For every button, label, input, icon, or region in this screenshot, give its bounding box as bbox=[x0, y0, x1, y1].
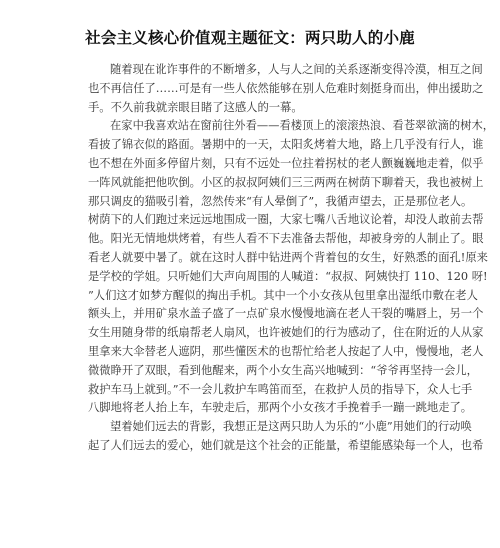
paragraph-line: 八脚地将老人抬上车，车驶走后，那两个小女孩才手挽着手一蹦一跳地走了。 bbox=[88, 399, 438, 418]
paragraph-line: 望着她们远去的背影，我想正是这两只助人为乐的“小鹿”用她们的行动唤 bbox=[88, 418, 438, 437]
paragraph-line: 一阵风就能把他吹倒。小区的叔叔阿姨们三三两两在树荫下聊着天，我也被树上 bbox=[88, 174, 438, 193]
paragraph-line: 手。不久前我就亲眼目睹了这感人的一幕。 bbox=[88, 99, 438, 118]
paragraph-line: 起了人们远去的爱心，她们就是这个社会的正能量，希望能感染每一个人，也希 bbox=[88, 437, 438, 456]
paragraph-line: 微微睁开了双眼，看到他醒来，两个小女生高兴地喊到：“爷爷再坚持一会儿， bbox=[88, 362, 438, 381]
paragraph-line: ”人们这才如梦方醒似的掏出手机。其中一个小女孩从包里拿出湿纸巾敷在老人 bbox=[88, 287, 438, 306]
paragraph-line: 女生用随身带的纸扇帮老人扇风，也许被她们的行为感动了，住在附近的人从家 bbox=[88, 324, 438, 343]
document-body: 随着现在讹诈事件的不断增多，人与人之间的关系逐渐变得冷漠，相互之间 也不再信任了… bbox=[88, 61, 438, 456]
paragraph-line: 里拿来大伞替老人遮阴，那些懂医术的也帮忙给老人按起了人中，慢慢地，老人 bbox=[88, 343, 438, 362]
paragraph-line: 树荫下的人们跑过来远远地围成一圈，大家七嘴八舌地议论着，却没人敢前去帮 bbox=[88, 211, 438, 230]
paragraph-line: 是学校的学姐。只听她们大声向周围的人喊道：“叔叔、阿姨快打 110、120 呀! bbox=[88, 268, 438, 287]
paragraph-line: 看老人就要中暑了。就在这时人群中钻进两个背着包的女生，好熟悉的面孔!原来 bbox=[88, 249, 438, 268]
paragraph-line: 也不想在外面多停留片刻，只有不远处一位拄着拐杖的老人颤巍巍地走着，似乎 bbox=[88, 155, 438, 174]
paragraph-line: 他。阳光无情地烘烤着，有些人看不下去准备去帮他，却被身旁的人制止了。眼 bbox=[88, 230, 438, 249]
paragraph-line: 那只调皮的猫吸引着，忽然传来“有人晕倒了”，我循声望去，正是那位老人。 bbox=[88, 193, 438, 212]
paragraph-line: 看披了锦衣似的路面。暑期中的一天，太阳炙烤着大地，路上几乎没有行人，谁 bbox=[88, 136, 438, 155]
document-page: 社会主义核心价值观主题征文：两只助人的小鹿 随着现在讹诈事件的不断增多，人与人之… bbox=[0, 0, 500, 548]
paragraph-line: 在家中我喜欢站在窗前往外看——看楼顶上的滚滚热浪、看苍翠欲滴的树木， bbox=[88, 117, 438, 136]
paragraph-line: 也不再信任了……可是有一些人依然能够在别人危难时刻挺身而出，伸出援助之 bbox=[88, 80, 438, 99]
document-title: 社会主义核心价值观主题征文：两只助人的小鹿 bbox=[0, 28, 500, 48]
paragraph-line: 救护车马上就到。”不一会儿救护车鸣笛而至，在救护人员的指导下，众人七手 bbox=[88, 381, 438, 400]
paragraph-line: 随着现在讹诈事件的不断增多，人与人之间的关系逐渐变得冷漠，相互之间 bbox=[88, 61, 438, 80]
paragraph-line: 额头上，并用矿泉水盖子盛了一点矿泉水慢慢地滴在老人干裂的嘴唇上，另一个 bbox=[88, 305, 438, 324]
